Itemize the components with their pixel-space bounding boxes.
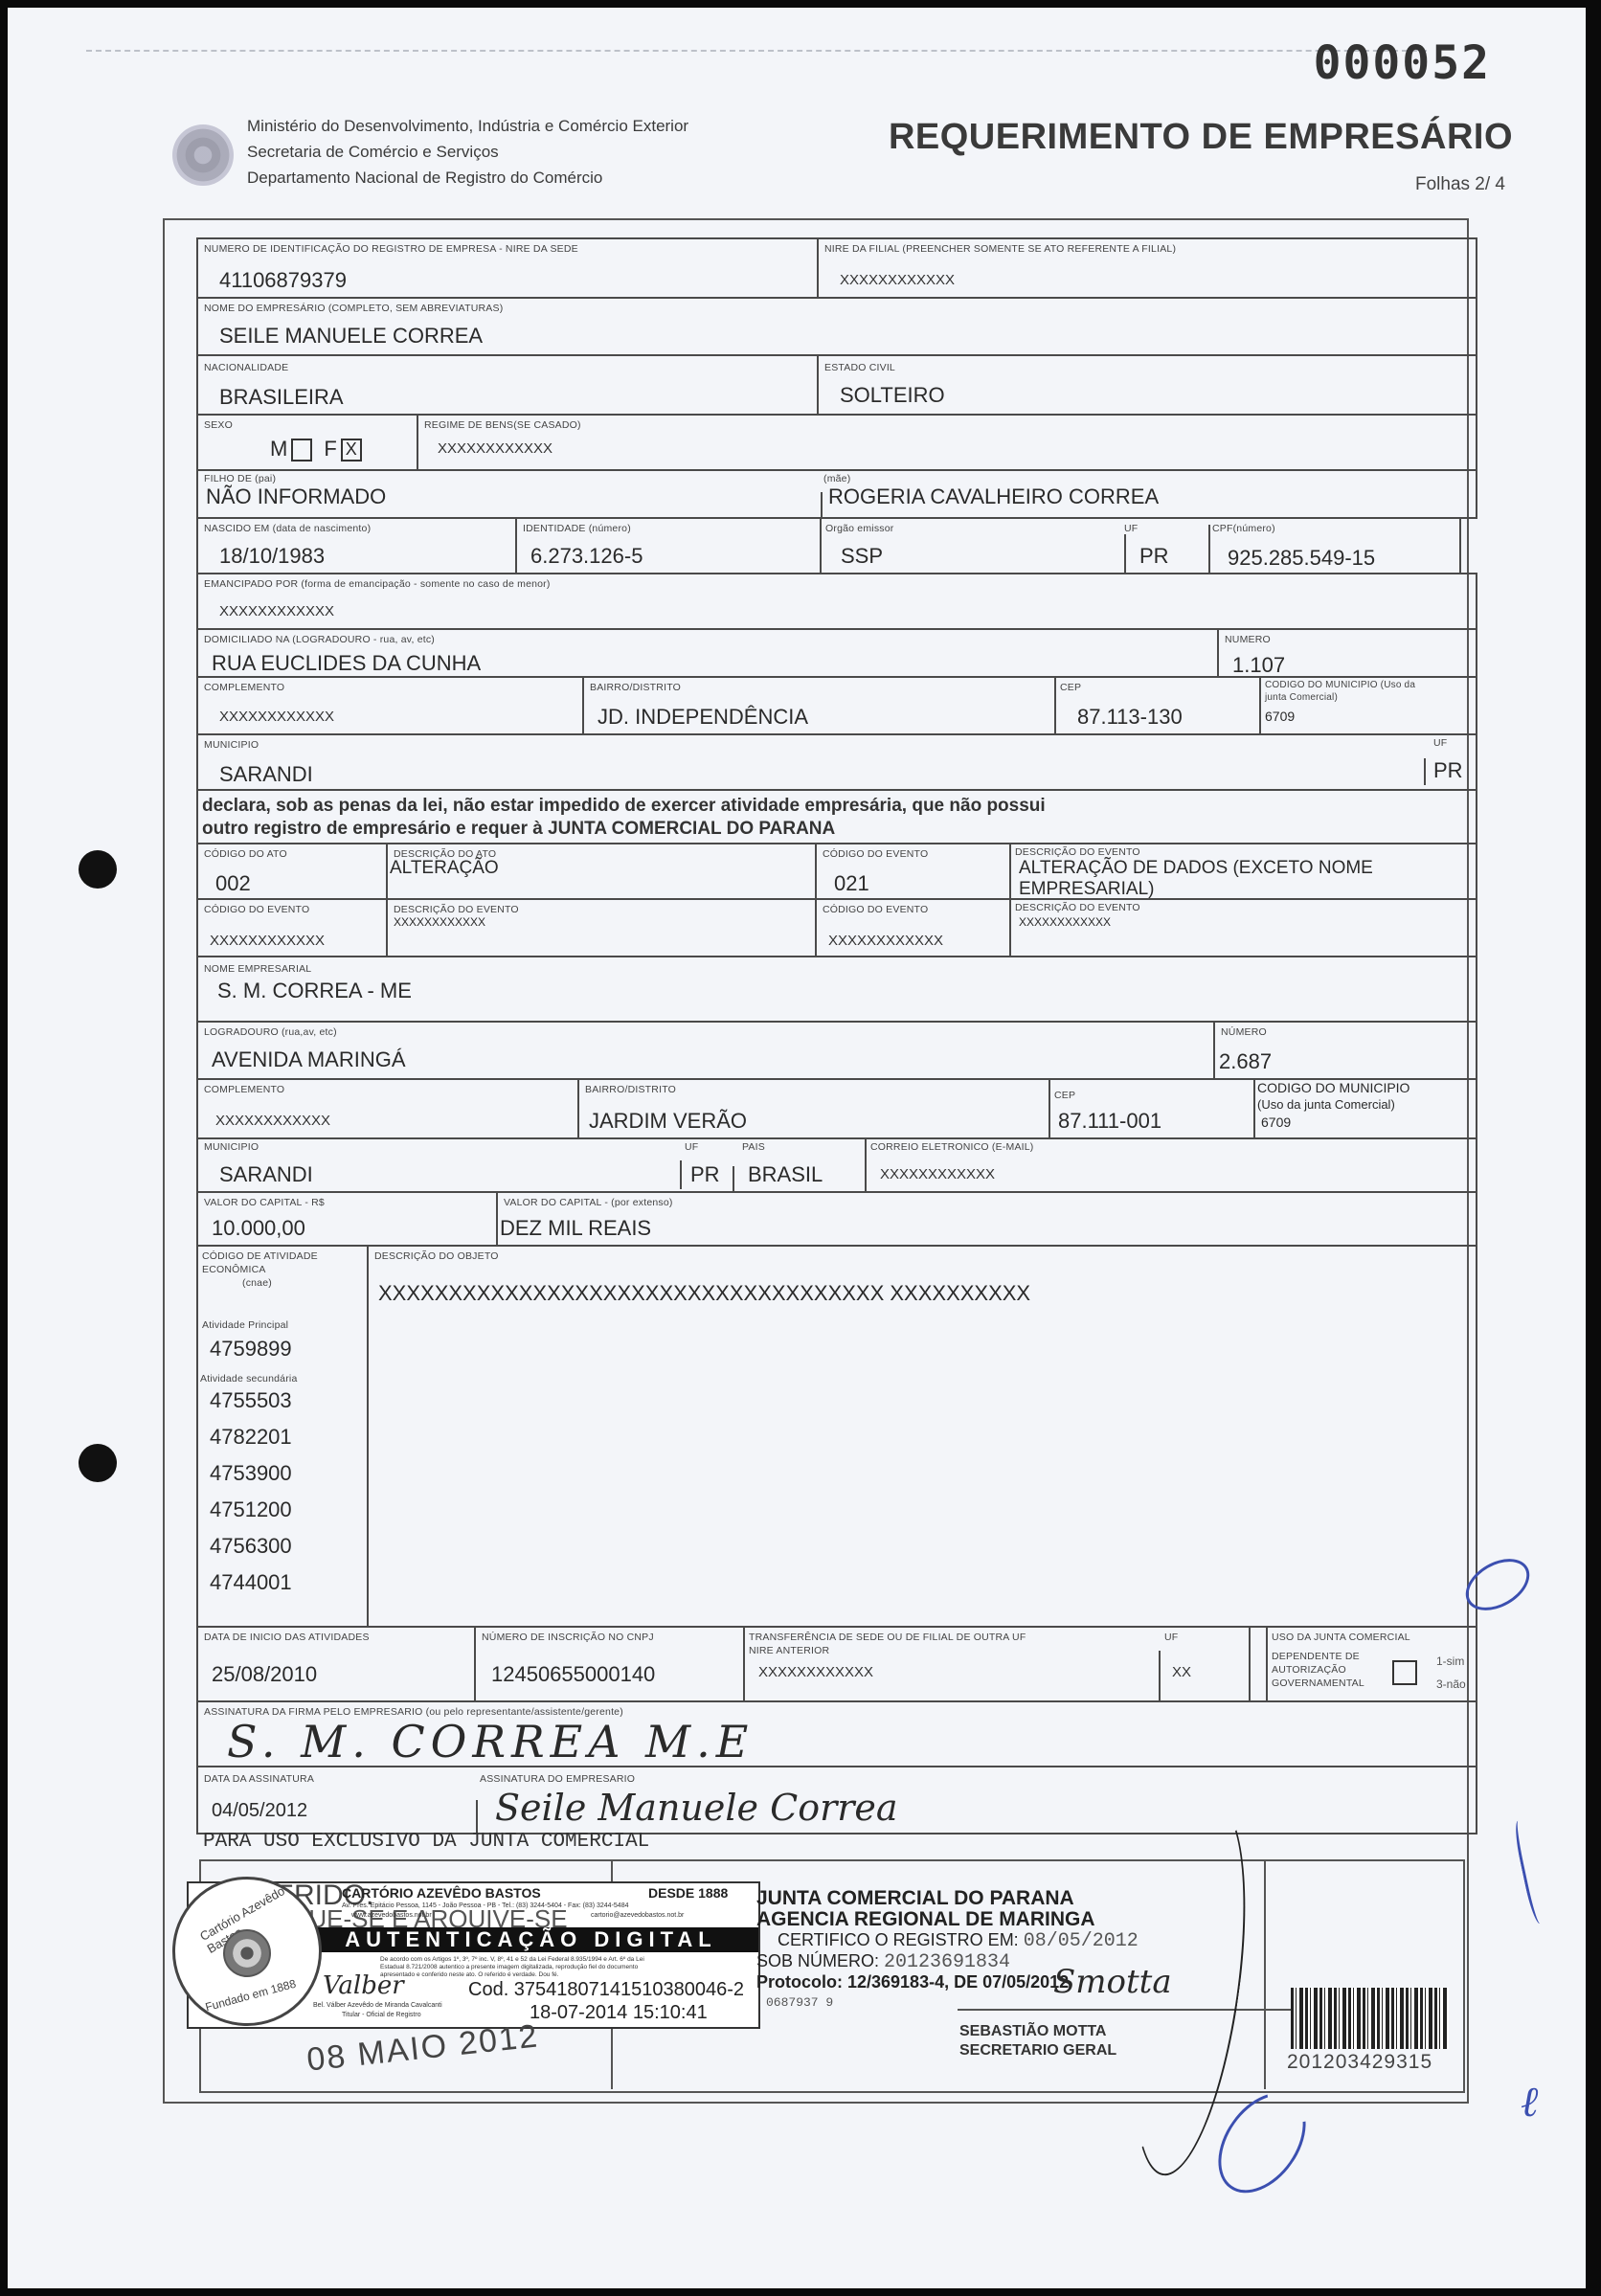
domicilio-numero-field[interactable]: NUMERO 1.107 [1217,628,1477,678]
empresa-localidade-field: MUNICIPIO SARANDI UF PR PAIS BRASIL CORR… [196,1137,1477,1193]
field-value: SOLTEIRO [840,383,945,408]
field-label: GOVERNAMENTAL [1272,1677,1364,1689]
field-value: XXXXXXXXXXXXXXXXXXXXXXXXXXXXXXXXXXXX XXX… [378,1281,1030,1306]
cartorio-address: Av. Pres. Epitácio Pessoa, 1145 - João P… [342,1902,628,1909]
numero-label: SOB NÚMERO: [756,1951,879,1970]
field-label: NOME DO EMPRESÁRIO (completo, sem abrevi… [204,303,503,314]
atividade-secundaria[interactable]: 4756300 [210,1534,292,1559]
declaracao-block: declara, sob as penas da lei, não estar … [196,789,1477,844]
domicilio-cod-municipio-field: CODIGO DO MUNICIPIO (Uso da junta Comerc… [1259,676,1477,735]
field-label: NIRE ANTERIOR [749,1645,829,1656]
descricao-evento-1-field[interactable]: DESCRIÇÃO DO EVENTO ALTERAÇÃO DE DADOS (… [1009,843,1477,900]
field-label: USO DA JUNTA COMERCIAL [1272,1632,1410,1643]
field-label: SEXO [204,419,233,431]
field-label: MUNICIPIO [204,1141,259,1153]
descricao-evento-3-field[interactable]: DESCRIÇÃO DO EVENTO XXXXXXXXXXXX [1009,898,1477,957]
field-label: Orgão emissor [825,523,893,534]
field-value: 87.113-130 [1077,705,1183,730]
regime-bens-field[interactable]: REGIME DE BENS(se casado) XXXXXXXXXXXX [417,414,1477,471]
codigo-evento-3-field[interactable]: CÓDIGO DO EVENTO XXXXXXXXXXXX [815,898,1011,957]
divider [476,1800,478,1835]
field-label: AUTORIZAÇÃO [1272,1664,1346,1676]
valor-capital-extenso-field[interactable]: VALOR DO CAPITAL - (por extenso) DEZ MIL… [496,1191,1477,1247]
field-value: 6709 [1265,709,1295,724]
cartorio-email: cartorio@azevedobastos.not.br [591,1912,684,1919]
field-label: NIRE DA FILIAL (preencher somente se ato… [824,243,1176,255]
field-label: DOMICILIADO NA (LOGRADOURO - rua, av, et… [204,634,435,645]
field-value: RUA EUCLIDES DA CUNHA [212,651,481,676]
field-label: LOGRADOURO (rua,av, etc) [204,1026,337,1038]
data-assinatura-value[interactable]: 04/05/2012 [212,1800,307,1822]
codigo-evento-1-field[interactable]: CÓDIGO DO EVENTO 021 [815,843,1011,900]
domicilio-cep-field[interactable]: CEP 87.113-130 [1054,676,1261,735]
declaracao-line: outro registro de empresário e requer à … [202,818,1046,841]
pais-value[interactable]: BRASIL [748,1162,823,1187]
domicilio-municipio-field[interactable]: MUNICIPIO SARANDI UF PR [196,733,1477,791]
field-value: 41106879379 [219,268,347,293]
divider [1424,758,1426,785]
junta-section-title: PARA USO EXCLUSIVO DA JUNTA COMERCIAL [203,1831,649,1853]
municipio-value[interactable]: SARANDI [219,1162,313,1187]
field-value: 6.273.126-5 [530,544,643,569]
field-value: XXXXXXXXXXXX [210,933,325,949]
domicilio-bairro-field[interactable]: BAIRRO/DISTRITO JD. INDEPENDÊNCIA [582,676,1056,735]
field-value: XXXXXXXXXXXX [219,709,334,725]
ministry-header: Ministério do Desenvolvimento, Indústria… [247,113,688,191]
field-label: TRANSFERÊNCIA DE SEDE OU DE FILIAL DE OU… [749,1632,1026,1643]
nome-empresarial-field[interactable]: NOME EMPRESARIAL S. M. CORREA - ME [196,956,1477,1023]
seal-text: Fundado em 1888 [204,1977,298,2015]
declaracao-line: declara, sob as penas da lei, não estar … [202,795,1046,818]
field-value: BRASILEIRA [219,385,344,410]
punch-hole [79,850,117,889]
cartorio-since: DESDE 1888 [648,1885,728,1901]
field-value: ALTERAÇÃO [390,858,499,879]
field-label: UF [1164,1632,1178,1643]
field-label: NUMERO DE IDENTIFICAÇÃO DO REGISTRO DE E… [204,243,578,255]
option-label: 1-sim [1436,1654,1464,1668]
field-label: CORREIO ELETRONICO (E-MAIL) [870,1141,1034,1153]
filiacao-field: FILHO DE (pai) NÃO INFORMADO (mãe) ROGER… [196,469,1477,519]
divider [1124,534,1126,574]
field-value: XXXXXXXXXXXX [828,933,943,949]
uf-value: XX [1172,1664,1191,1680]
data-inicio-field[interactable]: DATA DE INICIO DAS ATIVIDADES 25/08/2010 [196,1626,476,1702]
field-label: COMPLEMENTO [204,1084,284,1095]
sexo-f-label: F [324,437,336,461]
nascimento-field[interactable]: NASCIDO EM (data de nascimento) 18/10/19… [196,517,517,574]
page-count: Folhas 2/ 4 [1415,174,1505,195]
empresa-cod-municipio-field: CODIGO DO MUNICIPIO (Uso da junta Comerc… [1253,1078,1477,1139]
field-label: CEP [1060,682,1081,693]
cartorio-name: CARTÓRIO AZEVÊDO BASTOS [342,1885,541,1901]
atividade-secundaria[interactable]: 4753900 [210,1461,292,1486]
descricao-objeto-field[interactable]: DESCRIÇÃO DO OBJETO XXXXXXXXXXXXXXXXXXXX… [367,1245,1477,1628]
empresario-signature: Seile Manuele Correa [495,1787,898,1829]
orgao-value[interactable]: SSP [841,544,883,569]
uf-value[interactable]: PR [690,1162,720,1187]
auth-datetime: 18-07-2014 15:10:41 [530,2002,708,2024]
field-label: NÚMERO [1221,1026,1267,1038]
cpf-value[interactable]: 925.285.549-15 [1228,546,1375,571]
barcode [1291,1988,1449,2049]
auth-code: Cod. 37541807141510380046-2 [468,1979,744,2001]
valor-capital-field[interactable]: VALOR DO CAPITAL - R$ 10.000,00 [196,1191,498,1247]
field-label: CÓDIGO DO ATO [204,848,287,860]
field-label: (mãe) [823,473,850,484]
nire-filial-field[interactable]: NIRE DA FILIAL (preencher somente se ato… [817,237,1477,299]
field-label: Atividade secundária [200,1373,297,1384]
field-value: XXXXXXXXXXXX [758,1664,873,1680]
field-value: XXXXXXXXXXXX [438,440,552,457]
field-value: XXXXXXXXXXXX [219,603,334,619]
field-label: junta Comercial) [1265,692,1338,703]
field-label: IDENTIDADE (número) [523,523,631,534]
atividade-secundaria[interactable]: 4782201 [210,1425,292,1450]
notary-title: Titular - Oficial de Registro [342,2012,421,2018]
junta-name: JUNTA COMERCIAL DO PARANA [756,1888,1095,1909]
field-label: CÓDIGO DO EVENTO [823,904,928,915]
codigo-evento-2-field[interactable]: CÓDIGO DO EVENTO XXXXXXXXXXXX [196,898,388,957]
field-value: DEZ MIL REAIS [500,1216,651,1241]
secretaria-line: Secretaria de Comércio e Serviços [247,139,688,165]
field-label: NÚMERO DE INSCRIÇÃO NO CNPJ [482,1632,654,1643]
atividade-secundaria[interactable]: 4744001 [210,1570,292,1595]
divider [733,1166,734,1191]
empresa-cep-field[interactable]: CEP 87.111-001 [1049,1078,1255,1139]
field-label: DESCRIÇÃO DO EVENTO [1015,902,1140,913]
brazil-coat-of-arms-icon [223,1929,271,1977]
field-label: CÓDIGO DE ATIVIDADE [202,1250,318,1262]
sexo-f-checkbox[interactable]: X [341,439,362,461]
empresa-numero-field[interactable]: NÚMERO 2.687 [1213,1021,1477,1080]
field-value: XXXXXXXXXXXX [394,915,485,929]
autorizacao-checkbox[interactable] [1392,1660,1417,1685]
field-value: 1.107 [1232,653,1285,678]
field-value: 25/08/2010 [212,1662,317,1687]
field-label: COMPLEMENTO [204,682,284,693]
brazil-coat-of-arms-icon [172,124,234,186]
page-title: REQUERIMENTO DE EMPRESÁRIO [889,117,1513,158]
spacer [1249,1626,1268,1702]
certifico-date: 08/05/2012 [1024,1930,1139,1952]
field-label: NOME EMPRESARIAL [204,963,311,975]
divider [680,1160,682,1189]
pai-value[interactable]: NÃO INFORMADO [206,484,386,509]
notary-name: Bel. Válber Azevêdo de Miranda Cavalcant… [313,2002,442,2009]
field-label: MUNICIPIO [204,739,259,751]
certifico-label: CERTIFICO O REGISTRO EM: [778,1930,1019,1949]
field-value: 10.000,00 [212,1216,305,1241]
field-label: PAIS [742,1141,765,1153]
cartorio-web: www.azevedobastos.not.br [351,1912,432,1919]
nacionalidade-field[interactable]: NACIONALIDADE BRASILEIRA [196,354,819,416]
firma-signature: S. M. CORREA M.E [227,1716,754,1767]
divider [1159,1651,1161,1700]
departamento-line: Departamento Nacional de Registro do Com… [247,165,688,191]
estado-civil-field[interactable]: ESTADO CIVIL SOLTEIRO [817,354,1477,416]
field-label: DESCRIÇÃO DO EVENTO [1015,846,1140,858]
rubrica-mark: ℓ [1521,2078,1538,2127]
field-value: 12450655000140 [491,1662,655,1687]
field-label: NASCIDO EM (data de nascimento) [204,523,371,534]
field-label: ECONÔMICA [202,1264,266,1275]
assinatura-firma-field[interactable]: ASSINATURA DA FIRMA PELO EMPRESARIO (ou … [196,1700,1477,1767]
serial-number: 000052 [1314,36,1491,90]
atividade-secundaria[interactable]: 4751200 [210,1497,292,1522]
uso-junta-field: USO DA JUNTA COMERCIAL DEPENDENTE DE AUT… [1266,1626,1477,1702]
empresa-logradouro-field[interactable]: LOGRADOURO (rua,av, etc) AVENIDA MARINGÁ [196,1021,1215,1080]
field-label: DATA DA ASSINATURA [204,1773,314,1785]
field-value: 002 [215,871,251,896]
field-value: XXXXXXXXXXXX [840,272,955,288]
orgao-uf-cpf-field: Orgão emissor SSP UF PR CPF(número) 925.… [820,517,1461,574]
uf-value[interactable]: PR [1139,544,1169,569]
numero-line: SOB NÚMERO: 20123691834 [756,1951,1010,1973]
field-label: EMANCIPADO POR (forma de emancipação - s… [204,578,551,590]
field-value: 6709 [1261,1114,1291,1130]
field-value: S. M. CORREA - ME [217,979,412,1003]
atividade-secundaria[interactable]: 4755503 [210,1388,292,1413]
field-value: XXXXXXXXXXXX [215,1113,330,1129]
field-label: CODIGO DO MUNICIPIO (Uso da [1265,680,1415,690]
divider [821,492,823,519]
atividade-principal[interactable]: 4759899 [210,1337,292,1362]
field-label: REGIME DE BENS(se casado) [424,419,581,431]
field-value: SEILE MANUELE CORREA [219,324,483,349]
empresa-complemento-field[interactable]: COMPLEMENTO XXXXXXXXXXXX [196,1078,579,1139]
field-label: NUMERO [1225,634,1271,645]
secretario-block: SEBASTIÃO MOTTA SECRETARIO GERAL [959,2022,1116,2060]
assinatura-row: DATA DA ASSINATURA 04/05/2012 ASSINATURA… [196,1766,1477,1835]
field-label: UF [1124,523,1138,534]
field-label: UF [1433,737,1447,749]
punch-hole [79,1444,117,1482]
field-label: DATA DE INICIO DAS ATIVIDADES [204,1632,370,1643]
sexo-m-label: M [270,437,287,461]
option-label: 3-não [1436,1677,1466,1691]
field-value: ALTERAÇÃO DE DADOS (EXCETO NOME [1019,858,1373,879]
field-value: EMPRESARIAL) [1019,879,1154,900]
uf-value[interactable]: PR [1433,758,1463,783]
field-label: UF [685,1141,698,1153]
domicilio-complemento-field[interactable]: COMPLEMENTO XXXXXXXXXXXX [196,676,584,735]
nome-empresario-field[interactable]: NOME DO EMPRESÁRIO (completo, sem abrevi… [196,297,1477,356]
mae-value[interactable]: ROGERIA CAVALHEIRO CORREA [828,484,1159,509]
protocolo: Protocolo: 12/369183-4, DE 07/05/2012 [756,1972,1069,1992]
secretario-title: SECRETARIO GERAL [959,2041,1116,2060]
transferencia-field[interactable]: TRANSFERÊNCIA DE SEDE OU DE FILIAL DE OU… [743,1626,1251,1702]
field-value: SARANDI [219,762,313,787]
field-label: (cnae) [242,1277,272,1289]
field-label: FILHO DE (pai) [204,473,276,484]
registro-numero: 20123691834 [884,1951,1010,1973]
sexo-m-checkbox[interactable] [291,439,312,461]
field-label: (Uso da junta Comercial) [1257,1097,1395,1112]
field-value: 87.111-001 [1058,1109,1161,1134]
emancipado-field[interactable]: EMANCIPADO POR (forma de emancipação - s… [196,573,1477,630]
field-label: CPF(número) [1212,523,1275,534]
field-label: CÓDIGO DO EVENTO [204,904,309,915]
ministry-line: Ministério do Desenvolvimento, Indústria… [247,113,688,139]
field-label: BAIRRO/DISTRITO [590,682,681,693]
field-value: 2.687 [1219,1049,1272,1074]
cnpj-field[interactable]: NÚMERO DE INSCRIÇÃO NO CNPJ 124506550001… [474,1626,745,1702]
extra-code: 0687937 9 [766,1995,833,2010]
cartorio-legal-text: De acordo com os Artigos 1º, 3º, 7º inc.… [380,1956,648,1979]
field-value: JD. INDEPENDÊNCIA [598,705,808,730]
field-label: ESTADO CIVIL [824,362,895,373]
registro-stamp: JUNTA COMERCIAL DO PARANA AGENCIA REGION… [756,1888,1095,1930]
field-value: JARDIM VERÃO [589,1109,747,1134]
nire-sede-field[interactable]: NUMERO DE IDENTIFICAÇÃO DO REGISTRO DE E… [196,237,819,299]
descricao-ato-field[interactable]: DESCRIÇÃO DO ATO ALTERAÇÃO [386,843,817,900]
field-label: ASSINATURA DO EMPRESARIO [480,1773,635,1785]
field-label: CEP [1054,1090,1075,1101]
notary-signature: Valber [323,1971,404,2000]
field-value: 18/10/1983 [219,544,325,569]
field-label: DESCRIÇÃO DO OBJETO [374,1250,499,1262]
field-label: DESCRIÇÃO DO EVENTO [394,904,519,915]
codigo-ato-field[interactable]: CÓDIGO DO ATO 002 [196,843,388,900]
email-value[interactable]: XXXXXXXXXXXX [880,1166,995,1182]
field-label: CÓDIGO DO EVENTO [823,848,928,860]
identidade-field[interactable]: IDENTIDADE (número) 6.273.126-5 [515,517,822,574]
divider [865,1139,867,1193]
empresa-bairro-field[interactable]: BAIRRO/DISTRITO JARDIM VERÃO [577,1078,1050,1139]
field-label: VALOR DO CAPITAL - (por extenso) [504,1197,673,1208]
divider [86,50,1427,53]
divider [820,534,822,574]
secretario-name: SEBASTIÃO MOTTA [959,2022,1116,2041]
domicilio-logradouro-field[interactable]: DOMICILIADO NA (LOGRADOURO - rua, av, et… [196,628,1219,678]
agencia-name: AGENCIA REGIONAL DE MARINGA [756,1909,1095,1930]
descricao-evento-2-field[interactable]: DESCRIÇÃO DO EVENTO XXXXXXXXXXXX [386,898,817,957]
field-label: BAIRRO/DISTRITO [585,1084,676,1095]
divider [1208,525,1210,574]
cartorio-seal: Cartório Azevêdo Bastos Fundado em 1888 [172,1877,322,2026]
field-value: XXXXXXXXXXXX [1019,915,1111,929]
certifico-line: CERTIFICO O REGISTRO EM: 08/05/2012 [778,1930,1139,1952]
field-label: DEPENDENTE DE [1272,1651,1360,1662]
cnae-field: CÓDIGO DE ATIVIDADE ECONÔMICA (cnae) Ati… [196,1245,369,1628]
barcode-number: 201203429315 [1287,2051,1432,2074]
field-label: Atividade Principal [202,1319,288,1331]
sexo-field: SEXO MFX [196,414,418,471]
field-value: AVENIDA MARINGÁ [212,1047,406,1072]
field-value: 021 [834,871,869,896]
field-label: CODIGO DO MUNICIPIO [1257,1080,1409,1095]
field-label: VALOR DO CAPITAL - R$ [204,1197,325,1208]
field-label: NACIONALIDADE [204,362,288,373]
